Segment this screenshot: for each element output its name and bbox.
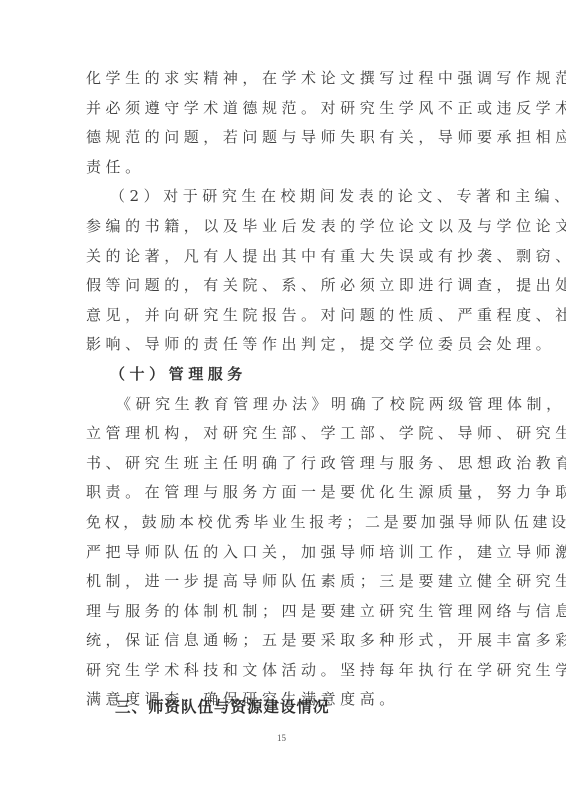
text-line: 理与服务的体制机制；四是要建立研究生管理网络与信息系 (86, 597, 486, 627)
text-line: 统，保证信息通畅；五是要采取多种形式，开展丰富多彩的 (86, 626, 486, 656)
item-2-first-line: （2）对于研究生在校期间发表的论文、专著和主编、 (86, 182, 486, 212)
document-page: 化学生的求实精神，在学术论文撰写过程中强调写作规范， 并必须遵守学术道德规范。对… (0, 0, 566, 800)
subsection-heading: （十）管理服务 (86, 360, 486, 390)
text-line: 责任。 (86, 153, 486, 183)
page-number: 15 (277, 733, 286, 743)
text-line: 严把导师队伍的入口关，加强导师培训工作，建立导师激励 (86, 538, 486, 568)
text-line: 职责。在管理与服务方面一是要优化生源质量，努力争取推 (86, 478, 486, 508)
text-line: 化学生的求实精神，在学术论文撰写过程中强调写作规范， (86, 64, 486, 94)
text-line: 书、研究生班主任明确了行政管理与服务、思想政治教育等 (86, 449, 486, 479)
text-line: 关的论著，凡有人提出其中有重大失误或有抄袭、剽窃、造 (86, 242, 486, 272)
text-line: 并必须遵守学术道德规范。对研究生学风不正或违反学术道 (86, 94, 486, 124)
text-line: 德规范的问题，若问题与导师失职有关，导师要承担相应的 (86, 123, 486, 153)
text-line: 参编的书籍，以及毕业后发表的学位论文以及与学位论文有 (86, 212, 486, 242)
text-line: 意见，并向研究生院报告。对问题的性质、严重程度、社会 (86, 301, 486, 331)
text-line: 影响、导师的责任等作出判定，提交学位委员会处理。 (86, 330, 486, 360)
document-body: 化学生的求实精神，在学术论文撰写过程中强调写作规范， 并必须遵守学术道德规范。对… (86, 64, 486, 715)
text-line: 立管理机构，对研究生部、学工部、学院、导师、研究生秘 (86, 419, 486, 449)
text-line: 机制，进一步提高导师队伍素质；三是要建立健全研究生管 (86, 567, 486, 597)
text-line: 免权，鼓励本校优秀毕业生报考；二是要加强导师队伍建设， (86, 508, 486, 538)
subsection-first-line: 《研究生教育管理办法》明确了校院两级管理体制，建 (86, 390, 486, 420)
text-line: 研究生学术科技和文体活动。坚持每年执行在学研究生学习 (86, 656, 486, 686)
text-line: 假等问题的，有关院、系、所必须立即进行调查，提出处理 (86, 271, 486, 301)
section-heading: 三、师资队伍与资源建设情况 (115, 695, 330, 717)
